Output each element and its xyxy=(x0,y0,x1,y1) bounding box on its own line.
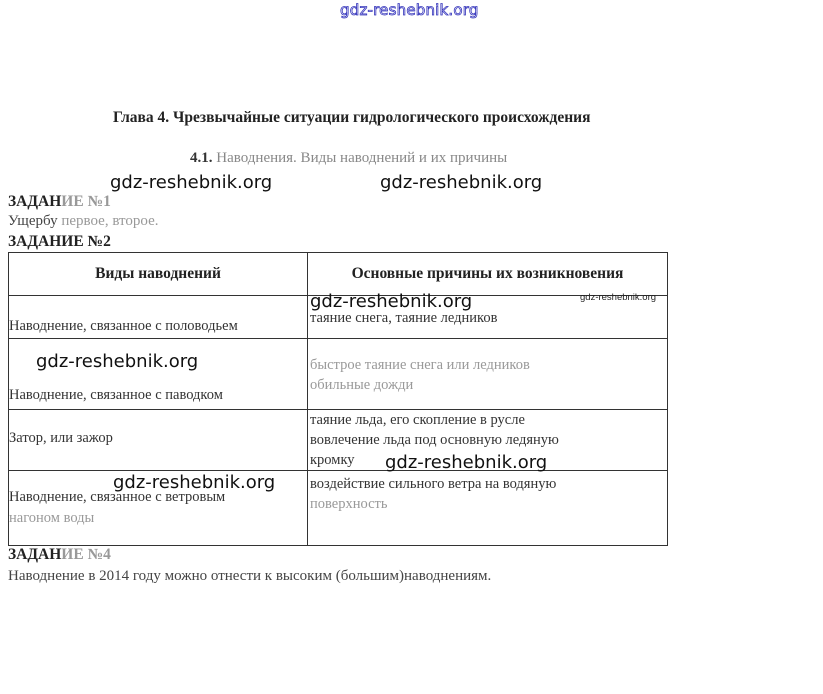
watermark: gdz-reshebnik.org xyxy=(36,351,198,372)
task-2-heading: ЗАДАНИЕ №2 xyxy=(8,233,111,251)
flood-type-cell: Затор, или зажор xyxy=(9,410,308,471)
task-1-heading: ЗАДАНИЕ №1 xyxy=(8,193,111,211)
flood-cause-cell: воздействие сильного ветра на водяную по… xyxy=(308,471,668,546)
flood-cause: быстрое таяние снега или ледников xyxy=(310,355,530,375)
flood-cause: поверхность xyxy=(310,494,387,514)
table-row: Наводнение, связанное с ветровым нагоном… xyxy=(9,471,668,546)
section-name: Наводнения. Виды наводнений и их причины xyxy=(216,150,507,166)
flood-type-line2: нагоном воды xyxy=(9,510,94,527)
task-heading-faded: ИЕ №4 xyxy=(61,546,111,563)
task-heading-text: ЗАДАН xyxy=(8,193,61,210)
section-title: 4.1. Наводнения. Виды наводнений и их пр… xyxy=(190,150,507,167)
watermark: gdz-reshebnik.org xyxy=(380,172,542,193)
task-heading-faded: ИЕ №1 xyxy=(61,193,111,210)
answer-faded: первое, второе. xyxy=(58,213,159,229)
answer-text: Ущербу xyxy=(8,213,58,229)
watermark: gdz-reshebnik.org xyxy=(113,472,275,493)
watermark-top: gdz-reshebnik.org xyxy=(340,1,479,19)
task-heading-text: ЗАДАН xyxy=(8,546,61,563)
task-4-heading: ЗАДАНИЕ №4 xyxy=(8,546,111,564)
watermark: gdz-reshebnik.org xyxy=(110,172,272,193)
table-header: Основные причины их возникновения xyxy=(308,253,668,296)
flood-cause: вовлечение льда под основную ледяную xyxy=(310,430,559,450)
task-4-answer: Наводнение в 2014 году можно отнести к в… xyxy=(8,568,491,585)
chapter-title: Глава 4. Чрезвычайные ситуации гидрологи… xyxy=(113,109,591,127)
watermark: gdz-reshebnik.org xyxy=(310,291,472,312)
flood-cause: таяние льда, его скопление в русле xyxy=(310,410,525,430)
flood-cause-cell: быстрое таяние снега или ледников обильн… xyxy=(308,339,668,410)
flood-cause: кромку xyxy=(310,450,355,470)
table-header: Виды наводнений xyxy=(9,253,308,296)
flood-type: Наводнение, связанное с паводком xyxy=(9,387,223,404)
table-row: Затор, или зажор таяние льда, его скопле… xyxy=(9,410,668,471)
task-1-answer: Ущербу первое, второе. xyxy=(8,213,159,230)
watermark: gdz-reshebnik.org xyxy=(385,452,547,473)
flood-type: Затор, или зажор xyxy=(9,430,113,447)
flood-type-cell: Наводнение, связанное с паводком xyxy=(9,339,308,410)
flood-type-cell: Наводнение, связанное с половодьем xyxy=(9,296,308,339)
table-row: Наводнение, связанное с паводком быстрое… xyxy=(9,339,668,410)
table-header-row: Виды наводнений Основные причины их возн… xyxy=(9,253,668,296)
flood-type: Наводнение, связанное с половодьем xyxy=(9,318,238,335)
flood-cause: воздействие сильного ветра на водяную xyxy=(310,474,556,494)
watermark-small: gdz-reshebnik.org xyxy=(580,292,656,303)
flood-cause: обильные дожди xyxy=(310,375,413,395)
section-number: 4.1. xyxy=(190,150,213,166)
